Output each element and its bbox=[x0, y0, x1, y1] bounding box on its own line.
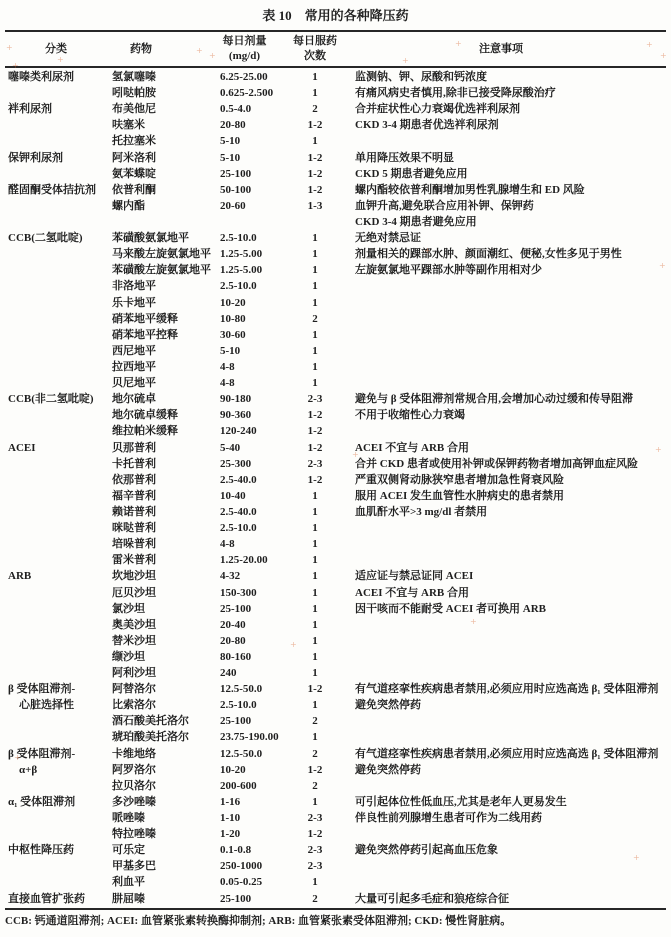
times-cell: 1 bbox=[295, 246, 335, 262]
table-header-rule bbox=[5, 66, 666, 68]
drug-cell: 多沙唑嗪 bbox=[112, 794, 220, 810]
drug-cell: 马来酸左旋氨氯地平 bbox=[112, 246, 220, 262]
times-cell: 1 bbox=[295, 488, 335, 504]
drug-cell: 特拉唑嗪 bbox=[112, 826, 220, 842]
drug-cell: 奥美沙坦 bbox=[112, 617, 220, 633]
table-row: 拉西地平 4-8 1 bbox=[0, 359, 671, 375]
dose-cell: 12.5-50.0 bbox=[220, 681, 295, 697]
drug-cell: 阿替洛尔 bbox=[112, 681, 220, 697]
drug-cell: 硝苯地平缓释 bbox=[112, 311, 220, 327]
table-row: 螺内酯 20-60 1-3 血钾升高,避免联合应用补钾、保钾药 bbox=[0, 198, 671, 214]
dose-cell: 0.05-0.25 bbox=[220, 874, 295, 890]
drug-cell: 酒石酸美托洛尔 bbox=[112, 713, 220, 729]
dose-cell: 10-80 bbox=[220, 311, 295, 327]
scan-artifact bbox=[402, 57, 409, 65]
category-cell bbox=[0, 117, 112, 133]
category-cell: 噻嗪类利尿剂 bbox=[0, 69, 112, 85]
table-row: 咪哒普利 2.5-10.0 1 bbox=[0, 520, 671, 536]
table-row: 培哚普利 4-8 1 bbox=[0, 536, 671, 552]
drug-cell: 西尼地平 bbox=[112, 343, 220, 359]
times-cell: 1-2 bbox=[295, 423, 335, 439]
category-cell bbox=[0, 536, 112, 552]
scan-artifact bbox=[424, 247, 431, 255]
table-row: 缬沙坦 80-160 1 bbox=[0, 649, 671, 665]
times-cell: 1 bbox=[295, 649, 335, 665]
times-cell: 1 bbox=[295, 729, 335, 745]
table-row: β 受体阻滞剂- 卡维地络 12.5-50.0 2 有气道痉挛性疾病患者禁用,必… bbox=[0, 746, 671, 762]
category-cell bbox=[0, 826, 112, 842]
table-row: 硝苯地平控释 30-60 1 bbox=[0, 327, 671, 343]
drug-cell: 螺内酯 bbox=[112, 198, 220, 214]
category-cell: 心脏选择性 bbox=[0, 697, 112, 713]
dose-cell: 4-32 bbox=[220, 568, 295, 584]
category-cell bbox=[0, 359, 112, 375]
drug-cell: 呋塞米 bbox=[112, 117, 220, 133]
times-cell: 1 bbox=[295, 697, 335, 713]
table-row: 厄贝沙坦 150-300 1 ACEI 不宜与 ARB 合用 bbox=[0, 585, 671, 601]
category-cell bbox=[0, 278, 112, 294]
drug-cell: 拉贝洛尔 bbox=[112, 778, 220, 794]
dose-cell: 0.5-4.0 bbox=[220, 101, 295, 117]
note-cell bbox=[335, 633, 671, 649]
note-cell: 左旋氨氯地平踝部水肿等副作用相对少 bbox=[335, 262, 671, 278]
category-cell bbox=[0, 343, 112, 359]
note-cell: 严重双侧肾动脉狭窄患者增加急性肾衰风险 bbox=[335, 472, 671, 488]
dose-cell: 10-40 bbox=[220, 488, 295, 504]
dose-cell: 10-20 bbox=[220, 295, 295, 311]
times-cell: 1 bbox=[295, 633, 335, 649]
dose-cell: 25-100 bbox=[220, 713, 295, 729]
times-cell: 1 bbox=[295, 69, 335, 85]
note-cell bbox=[335, 536, 671, 552]
note-cell: ACEI 不宜与 ARB 合用 bbox=[335, 440, 671, 456]
scan-artifact bbox=[470, 618, 477, 626]
drug-cell: 苯磺酸左旋氨氯地平 bbox=[112, 262, 220, 278]
table-row: α₁ 受体阻滞剂 多沙唑嗪 1-16 1 可引起体位性低血压,尤其是老年人更易发… bbox=[0, 794, 671, 810]
times-cell: 1-2 bbox=[295, 166, 335, 182]
table-row: 利血平 0.05-0.25 1 bbox=[0, 874, 671, 890]
table-row: 琥珀酸美托洛尔 23.75-190.00 1 bbox=[0, 729, 671, 745]
category-cell bbox=[0, 295, 112, 311]
drug-cell: 咪哒普利 bbox=[112, 520, 220, 536]
times-cell: 2 bbox=[295, 101, 335, 117]
table-row: 卡托普利 25-300 2-3 合并 CKD 患者或使用补钾或保钾药物者增加高钾… bbox=[0, 456, 671, 472]
dose-cell: 90-180 bbox=[220, 391, 295, 407]
dose-cell: 2.5-40.0 bbox=[220, 472, 295, 488]
note-cell bbox=[335, 649, 671, 665]
header-daily-dose: 每日剂量 (mg/d) bbox=[220, 32, 295, 66]
dose-cell: 10-20 bbox=[220, 762, 295, 778]
times-cell: 1 bbox=[295, 327, 335, 343]
table-row: 甲基多巴 250-1000 2-3 bbox=[0, 858, 671, 874]
drug-cell: 阿利沙坦 bbox=[112, 665, 220, 681]
note-cell: 单用降压效果不明显 bbox=[335, 150, 671, 166]
dose-cell: 1-16 bbox=[220, 794, 295, 810]
table-row: β 受体阻滞剂- 阿替洛尔 12.5-50.0 1-2 有气道痉挛性疾病患者禁用… bbox=[0, 681, 671, 697]
dose-cell: 2.5-10.0 bbox=[220, 697, 295, 713]
table-row: 保钾利尿剂 阿米洛利 5-10 1-2 单用降压效果不明显 bbox=[0, 150, 671, 166]
times-cell: 1 bbox=[295, 665, 335, 681]
table-header-row: 分类 药物 每日剂量 (mg/d) 每日服药 次数 注意事项 bbox=[0, 32, 671, 66]
note-cell: 避免突然停药 bbox=[335, 762, 671, 778]
table-row: ACEI 贝那普利 5-40 1-2 ACEI 不宜与 ARB 合用 bbox=[0, 440, 671, 456]
table-row: 直接血管扩张药 肼屈嗪 25-100 2 大量可引起多毛症和狼疮综合征 bbox=[0, 891, 671, 907]
table-row: 贝尼地平 4-8 1 bbox=[0, 375, 671, 391]
category-cell bbox=[0, 810, 112, 826]
times-cell: 2 bbox=[295, 311, 335, 327]
note-cell: 有痛风病史者慎用,除非已接受降尿酸治疗 bbox=[335, 85, 671, 101]
dose-cell: 12.5-50.0 bbox=[220, 746, 295, 762]
category-cell bbox=[0, 617, 112, 633]
category-cell bbox=[0, 665, 112, 681]
table-number: 表 10 bbox=[262, 8, 291, 23]
drug-cell: 氨苯蝶啶 bbox=[112, 166, 220, 182]
note-cell bbox=[335, 826, 671, 842]
note-cell: 避免突然停药 bbox=[335, 697, 671, 713]
times-cell: 1 bbox=[295, 552, 335, 568]
category-cell: 中枢性降压药 bbox=[0, 842, 112, 858]
table-row: 噻嗪类利尿剂 氢氯噻嗪 6.25-25.00 1 监测钠、钾、尿酸和钙浓度 bbox=[0, 69, 671, 85]
dose-cell: 4-8 bbox=[220, 359, 295, 375]
category-cell bbox=[0, 472, 112, 488]
dose-cell: 20-60 bbox=[220, 198, 295, 214]
times-cell: 1 bbox=[295, 278, 335, 294]
scan-artifact bbox=[659, 262, 666, 270]
drug-cell: 缬沙坦 bbox=[112, 649, 220, 665]
header-drug: 药物 bbox=[112, 32, 220, 66]
times-cell: 2 bbox=[295, 891, 335, 907]
scan-artifact bbox=[455, 40, 462, 48]
category-cell bbox=[0, 198, 112, 214]
drug-cell: 哌唑嗪 bbox=[112, 810, 220, 826]
drug-cell: 赖诺普利 bbox=[112, 504, 220, 520]
drug-cell: 替米沙坦 bbox=[112, 633, 220, 649]
category-cell: ARB bbox=[0, 568, 112, 584]
table-row: 西尼地平 5-10 1 bbox=[0, 343, 671, 359]
table-row: 奥美沙坦 20-40 1 bbox=[0, 617, 671, 633]
dose-cell: 25-100 bbox=[220, 601, 295, 617]
table-row: 维拉帕米缓释 120-240 1-2 bbox=[0, 423, 671, 439]
scan-artifact bbox=[14, 754, 21, 762]
note-cell: CKD 3-4 期患者优选袢利尿剂 bbox=[335, 117, 671, 133]
times-cell bbox=[295, 214, 335, 230]
dose-cell: 1-10 bbox=[220, 810, 295, 826]
category-cell bbox=[0, 423, 112, 439]
dose-cell bbox=[220, 214, 295, 230]
note-cell bbox=[335, 133, 671, 149]
table-row: 哌唑嗪 1-10 2-3 伴良性前列腺增生患者可作为二线用药 bbox=[0, 810, 671, 826]
category-cell: CCB(二氢吡啶) bbox=[0, 230, 112, 246]
scan-artifact bbox=[660, 52, 667, 60]
times-cell: 1-2 bbox=[295, 182, 335, 198]
note-cell: 适应证与禁忌证同 ACEI bbox=[335, 568, 671, 584]
times-cell: 2 bbox=[295, 778, 335, 794]
table-row: 苯磺酸左旋氨氯地平 1.25-5.00 1 左旋氨氯地平踝部水肿等副作用相对少 bbox=[0, 262, 671, 278]
note-cell bbox=[335, 778, 671, 794]
drug-cell: 地尔硫卓缓释 bbox=[112, 407, 220, 423]
drug-cell: 非洛地平 bbox=[112, 278, 220, 294]
drug-cell: 依那普利 bbox=[112, 472, 220, 488]
drug-cell: 维拉帕米缓释 bbox=[112, 423, 220, 439]
times-cell: 1 bbox=[295, 85, 335, 101]
scan-artifact bbox=[655, 446, 662, 454]
times-cell: 1 bbox=[295, 568, 335, 584]
drug-cell: 培哚普利 bbox=[112, 536, 220, 552]
dose-cell: 6.25-25.00 bbox=[220, 69, 295, 85]
times-cell: 2-3 bbox=[295, 391, 335, 407]
drug-cell: 卡维地络 bbox=[112, 746, 220, 762]
times-cell: 2-3 bbox=[295, 842, 335, 858]
dose-cell: 25-100 bbox=[220, 891, 295, 907]
dose-cell: 30-60 bbox=[220, 327, 295, 343]
category-cell bbox=[0, 166, 112, 182]
table-body: 噻嗪类利尿剂 氢氯噻嗪 6.25-25.00 1 监测钠、钾、尿酸和钙浓度 吲哒… bbox=[0, 69, 671, 907]
table-row: 心脏选择性 比索洛尔 2.5-10.0 1 避免突然停药 bbox=[0, 697, 671, 713]
note-cell: 剂量相关的踝部水肿、颜面潮红、便秘,女性多见于男性 bbox=[335, 246, 671, 262]
note-cell: ACEI 不宜与 ARB 合用 bbox=[335, 585, 671, 601]
drug-cell: 氯沙坦 bbox=[112, 601, 220, 617]
note-cell: 服用 ACEI 发生血管性水肿病史的患者禁用 bbox=[335, 488, 671, 504]
category-cell bbox=[0, 874, 112, 890]
dose-cell: 5-10 bbox=[220, 150, 295, 166]
note-cell bbox=[335, 729, 671, 745]
category-cell bbox=[0, 552, 112, 568]
category-cell: 直接血管扩张药 bbox=[0, 891, 112, 907]
times-cell: 1-2 bbox=[295, 472, 335, 488]
category-cell bbox=[0, 778, 112, 794]
times-cell: 2-3 bbox=[295, 858, 335, 874]
table-row: CCB(二氢吡啶) 苯磺酸氨氯地平 2.5-10.0 1 无绝对禁忌证 bbox=[0, 230, 671, 246]
note-cell bbox=[335, 295, 671, 311]
table-row: 福辛普利 10-40 1 服用 ACEI 发生血管性水肿病史的患者禁用 bbox=[0, 488, 671, 504]
note-cell: 可引起体位性低血压,尤其是老年人更易发生 bbox=[335, 794, 671, 810]
dose-cell: 2.5-40.0 bbox=[220, 504, 295, 520]
table-row: 阿利沙坦 240 1 bbox=[0, 665, 671, 681]
table-row: 非洛地平 2.5-10.0 1 bbox=[0, 278, 671, 294]
note-cell bbox=[335, 343, 671, 359]
table-row: 特拉唑嗪 1-20 1-2 bbox=[0, 826, 671, 842]
table-row: 马来酸左旋氨氯地平 1.25-5.00 1 剂量相关的踝部水肿、颜面潮红、便秘,… bbox=[0, 246, 671, 262]
dose-cell: 25-100 bbox=[220, 166, 295, 182]
scan-artifact bbox=[633, 854, 640, 862]
table-row: CKD 3-4 期患者避免应用 bbox=[0, 214, 671, 230]
note-cell: 大量可引起多毛症和狼疮综合征 bbox=[335, 891, 671, 907]
note-cell bbox=[335, 278, 671, 294]
drug-cell: 阿罗洛尔 bbox=[112, 762, 220, 778]
dose-cell: 25-300 bbox=[220, 456, 295, 472]
drug-cell: 甲基多巴 bbox=[112, 858, 220, 874]
dose-cell: 1.25-5.00 bbox=[220, 262, 295, 278]
category-cell: α+β bbox=[0, 762, 112, 778]
dose-cell: 20-80 bbox=[220, 117, 295, 133]
times-cell: 2 bbox=[295, 746, 335, 762]
table-row: 托拉塞米 5-10 1 bbox=[0, 133, 671, 149]
times-cell: 1 bbox=[295, 874, 335, 890]
category-cell bbox=[0, 407, 112, 423]
times-cell: 1 bbox=[295, 504, 335, 520]
times-cell: 2-3 bbox=[295, 810, 335, 826]
table-row: 氯沙坦 25-100 1 因干咳而不能耐受 ACEI 者可换用 ARB bbox=[0, 601, 671, 617]
drug-cell: 乐卡地平 bbox=[112, 295, 220, 311]
dose-cell: 2.5-10.0 bbox=[220, 230, 295, 246]
table-row: 氨苯蝶啶 25-100 1-2 CKD 5 期患者避免应用 bbox=[0, 166, 671, 182]
drug-cell: 依普利酮 bbox=[112, 182, 220, 198]
table-footnote: CCB: 钙通道阻滞剂; ACEI: 血管紧张素转换酶抑制剂; ARB: 血管紧… bbox=[5, 914, 666, 929]
note-cell bbox=[335, 552, 671, 568]
table-row: ARB 坎地沙坦 4-32 1 适应证与禁忌证同 ACEI bbox=[0, 568, 671, 584]
category-cell bbox=[0, 85, 112, 101]
scan-artifact bbox=[12, 62, 19, 70]
dose-cell: 240 bbox=[220, 665, 295, 681]
table-row: 硝苯地平缓释 10-80 2 bbox=[0, 311, 671, 327]
drug-cell: 苯磺酸氨氯地平 bbox=[112, 230, 220, 246]
category-cell bbox=[0, 504, 112, 520]
times-cell: 1-2 bbox=[295, 681, 335, 697]
drug-cell: 琥珀酸美托洛尔 bbox=[112, 729, 220, 745]
times-cell: 1 bbox=[295, 359, 335, 375]
times-cell: 1 bbox=[295, 536, 335, 552]
scan-artifact bbox=[290, 641, 297, 649]
drug-cell: 地尔硫卓 bbox=[112, 391, 220, 407]
dose-cell: 5-10 bbox=[220, 133, 295, 149]
dose-cell: 23.75-190.00 bbox=[220, 729, 295, 745]
times-cell: 1 bbox=[295, 133, 335, 149]
dose-cell: 5-40 bbox=[220, 440, 295, 456]
drug-cell: 贝那普利 bbox=[112, 440, 220, 456]
note-cell: 血肌酐水平>3 mg/dl 者禁用 bbox=[335, 504, 671, 520]
category-cell bbox=[0, 858, 112, 874]
dose-cell: 0.625-2.500 bbox=[220, 85, 295, 101]
category-cell: 袢利尿剂 bbox=[0, 101, 112, 117]
category-cell: α₁ 受体阻滞剂 bbox=[0, 794, 112, 810]
drug-cell: 卡托普利 bbox=[112, 456, 220, 472]
drug-cell: 坎地沙坦 bbox=[112, 568, 220, 584]
note-cell: 监测钠、钾、尿酸和钙浓度 bbox=[335, 69, 671, 85]
category-cell: CCB(非二氢吡啶) bbox=[0, 391, 112, 407]
drug-cell: 吲哒帕胺 bbox=[112, 85, 220, 101]
drug-cell: 利血平 bbox=[112, 874, 220, 890]
header-notes: 注意事项 bbox=[335, 32, 671, 66]
note-cell bbox=[335, 375, 671, 391]
table-row: 醛固酮受体拮抗剂 依普利酮 50-100 1-2 螺内酯较依普利酮增加男性乳腺增… bbox=[0, 182, 671, 198]
category-cell bbox=[0, 246, 112, 262]
scan-artifact bbox=[196, 47, 203, 55]
dose-cell: 80-160 bbox=[220, 649, 295, 665]
category-cell bbox=[0, 713, 112, 729]
scan-artifact bbox=[6, 44, 13, 52]
drug-cell: 比索洛尔 bbox=[112, 697, 220, 713]
note-cell: 螺内酯较依普利酮增加男性乳腺增生和 ED 风险 bbox=[335, 182, 671, 198]
times-cell: 1-2 bbox=[295, 407, 335, 423]
dose-cell: 4-8 bbox=[220, 375, 295, 391]
note-cell: 有气道痉挛性疾病患者禁用,必须应用时应选高选 β₁ 受体阻滞剂 bbox=[335, 681, 671, 697]
table-row: 依那普利 2.5-40.0 1-2 严重双侧肾动脉狭窄患者增加急性肾衰风险 bbox=[0, 472, 671, 488]
drug-cell: 阿米洛利 bbox=[112, 150, 220, 166]
category-cell bbox=[0, 729, 112, 745]
dose-cell: 50-100 bbox=[220, 182, 295, 198]
drug-cell: 福辛普利 bbox=[112, 488, 220, 504]
times-cell: 1 bbox=[295, 601, 335, 617]
scan-artifact bbox=[209, 52, 216, 60]
scan-artifact bbox=[646, 41, 653, 49]
times-cell: 1-2 bbox=[295, 117, 335, 133]
times-cell: 1 bbox=[295, 585, 335, 601]
dose-cell: 150-300 bbox=[220, 585, 295, 601]
times-cell: 1-2 bbox=[295, 762, 335, 778]
drug-cell: 可乐定 bbox=[112, 842, 220, 858]
table-row: 中枢性降压药 可乐定 0.1-0.8 2-3 避免突然停药引起高血压危象 bbox=[0, 842, 671, 858]
category-cell bbox=[0, 375, 112, 391]
table-row: CCB(非二氢吡啶) 地尔硫卓 90-180 2-3 避免与 β 受体阻滞剂常规… bbox=[0, 391, 671, 407]
table-row: α+β 阿罗洛尔 10-20 1-2 避免突然停药 bbox=[0, 762, 671, 778]
drug-cell: 贝尼地平 bbox=[112, 375, 220, 391]
note-cell bbox=[335, 617, 671, 633]
category-cell bbox=[0, 327, 112, 343]
note-cell: 有气道痉挛性疾病患者禁用,必须应用时应选高选 β₁ 受体阻滞剂 bbox=[335, 746, 671, 762]
note-cell: 合并症状性心力衰竭优选袢利尿剂 bbox=[335, 101, 671, 117]
dose-cell: 200-600 bbox=[220, 778, 295, 794]
note-cell bbox=[335, 665, 671, 681]
table-row: 替米沙坦 20-80 1 bbox=[0, 633, 671, 649]
times-cell: 1 bbox=[295, 295, 335, 311]
times-cell: 1-2 bbox=[295, 150, 335, 166]
dose-cell: 2.5-10.0 bbox=[220, 278, 295, 294]
category-cell bbox=[0, 262, 112, 278]
drug-cell: 托拉塞米 bbox=[112, 133, 220, 149]
note-cell bbox=[335, 423, 671, 439]
times-cell: 2-3 bbox=[295, 456, 335, 472]
header-daily-times: 每日服药 次数 bbox=[295, 32, 335, 66]
times-cell: 1 bbox=[295, 520, 335, 536]
dose-cell: 2.5-10.0 bbox=[220, 520, 295, 536]
note-cell: 合并 CKD 患者或使用补钾或保钾药物者增加高钾血症风险 bbox=[335, 456, 671, 472]
drug-cell: 肼屈嗪 bbox=[112, 891, 220, 907]
note-cell bbox=[335, 874, 671, 890]
times-cell: 1-2 bbox=[295, 826, 335, 842]
note-cell: 不用于收缩性心力衰竭 bbox=[335, 407, 671, 423]
table-row: 乐卡地平 10-20 1 bbox=[0, 295, 671, 311]
dose-cell: 250-1000 bbox=[220, 858, 295, 874]
category-cell bbox=[0, 311, 112, 327]
category-cell: 醛固酮受体拮抗剂 bbox=[0, 182, 112, 198]
table-row: 拉贝洛尔 200-600 2 bbox=[0, 778, 671, 794]
dose-cell: 90-360 bbox=[220, 407, 295, 423]
note-cell bbox=[335, 713, 671, 729]
table-bottom-rule bbox=[5, 908, 666, 910]
scan-artifact bbox=[57, 56, 64, 64]
dose-cell: 120-240 bbox=[220, 423, 295, 439]
category-cell bbox=[0, 633, 112, 649]
table-row: 酒石酸美托洛尔 25-100 2 bbox=[0, 713, 671, 729]
note-cell: CKD 3-4 期患者避免应用 bbox=[335, 214, 671, 230]
note-cell bbox=[335, 327, 671, 343]
category-cell bbox=[0, 585, 112, 601]
category-cell bbox=[0, 601, 112, 617]
scan-artifact bbox=[352, 451, 359, 459]
times-cell: 1 bbox=[295, 794, 335, 810]
drug-cell: 厄贝沙坦 bbox=[112, 585, 220, 601]
dose-cell: 1.25-5.00 bbox=[220, 246, 295, 262]
times-cell: 1 bbox=[295, 262, 335, 278]
dose-cell: 20-40 bbox=[220, 617, 295, 633]
times-cell: 1 bbox=[295, 375, 335, 391]
table-row: 雷米普利 1.25-20.00 1 bbox=[0, 552, 671, 568]
times-cell: 1-2 bbox=[295, 440, 335, 456]
category-cell bbox=[0, 456, 112, 472]
note-cell: CKD 5 期患者避免应用 bbox=[335, 166, 671, 182]
dose-cell: 1-20 bbox=[220, 826, 295, 842]
dose-cell: 1.25-20.00 bbox=[220, 552, 295, 568]
